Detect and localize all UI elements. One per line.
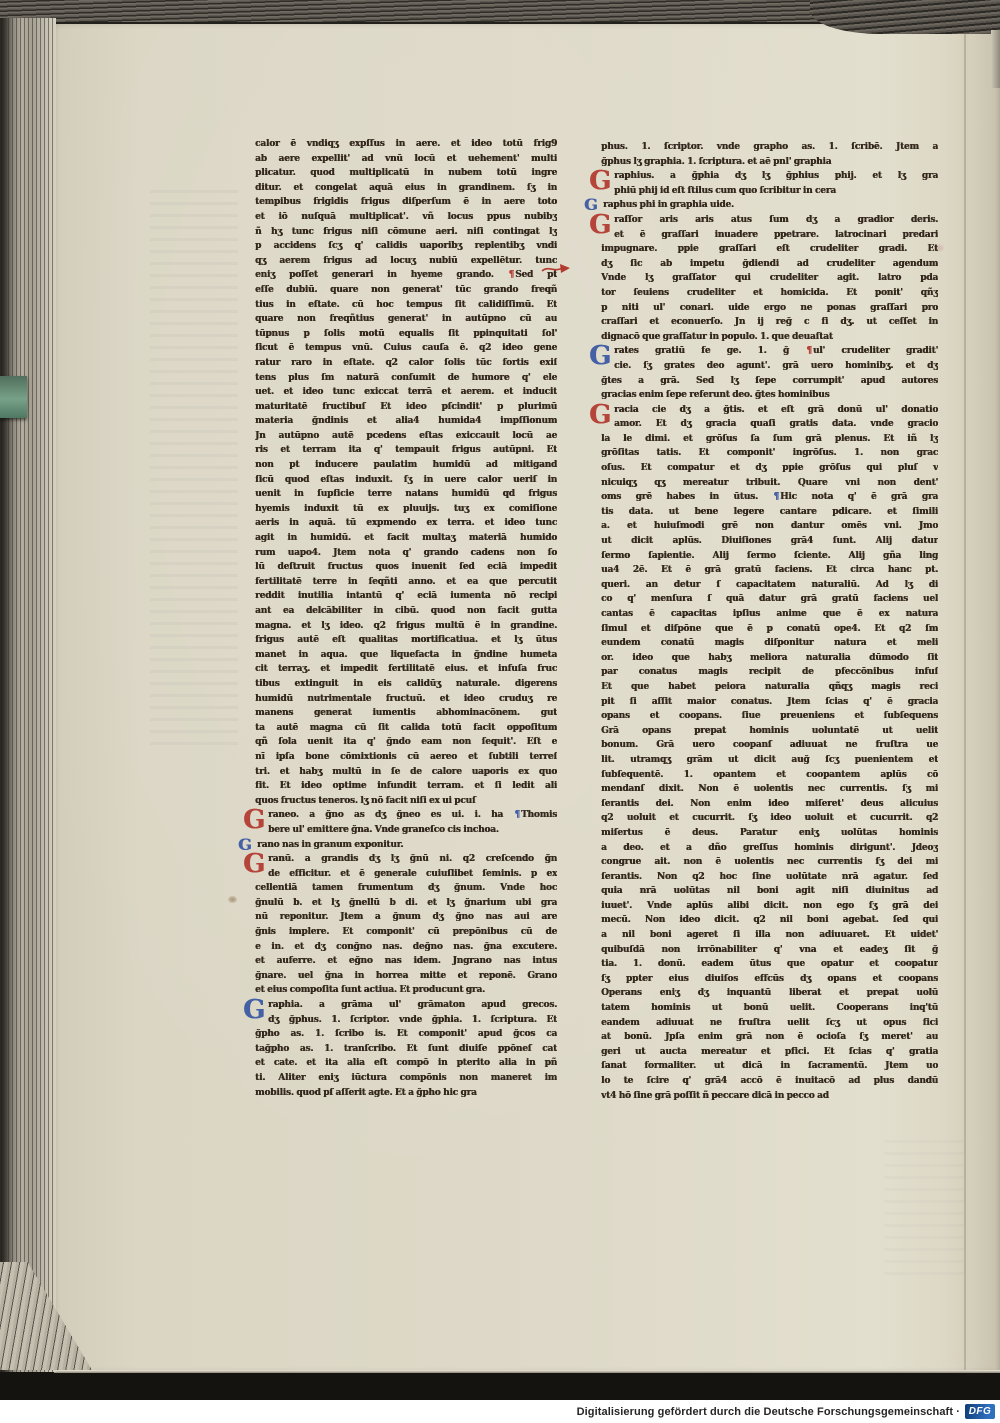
text-line: la le dimi. et grōſus ſa ſum grā plenus.… — [601, 432, 938, 447]
text-line: oſus. Et compatur et dʒ ppie grōſus qui … — [601, 461, 938, 476]
text-line: calor ē vndiqʒ expſſus in aere. et ideo … — [255, 137, 557, 152]
text-line: lū deſtruit fructus quos inuenit ſed eci… — [255, 560, 557, 575]
text-line: nī ipſa bone cōmixtionis cū aereo et ſub… — [255, 750, 557, 765]
text-line: impugnare. ppie graſſari eſt crudeliter … — [601, 242, 938, 257]
blue-pilcrow: ¶ — [513, 810, 521, 820]
funding-credit-text: Digitalisierung gefördert durch die Deut… — [577, 1406, 960, 1418]
illuminated-initial: G — [589, 344, 610, 373]
text-line: fit. Et ideo optime infundit terram. et … — [255, 779, 557, 794]
text-line: phiū phij id eſt ſtilus cum quo ſcribitu… — [614, 184, 938, 199]
text-block: Gracia cie dʒ a ğtis. et eſt grā donū ul… — [601, 403, 938, 1104]
text-line: materia ğndinis et alia4 humida4 impſſio… — [255, 414, 557, 429]
text-line: ua4 2ē. Et ē grā gratū faciens. Et circa… — [601, 563, 938, 578]
text-line: tağpho as. 1. tranſcribo. Et ſunt diuiſe… — [255, 1042, 557, 1057]
bookmark-tab — [0, 376, 27, 418]
text-line: manens generat iumentis abhominacōnem. g… — [255, 706, 557, 721]
text-line: fertilitatē terre in ſeqñti anno. et ea … — [255, 575, 557, 590]
text-line: quibuſdā non irrōnabiliter q' vna et ead… — [601, 943, 938, 958]
text-line: manet in aqua. que liquefacta in ğndine … — [255, 648, 557, 663]
verso-showthrough — [884, 1140, 964, 1280]
text-line: cit terraʒ. et impedit fertilitatē eius.… — [255, 662, 557, 677]
text-line: ſerantis. Non q2 hoc ſine uolūtate nrā a… — [601, 870, 938, 885]
text-line: ti. Aliter eniʒ iūctura compōnis non man… — [255, 1071, 557, 1086]
text-line: qʒ aerem frigus ad locuʒ nubiū expellētu… — [255, 254, 557, 269]
text-line: tūpnus p ſolis motū equalis ſit ppinquit… — [255, 327, 557, 342]
illuminated-initial: G — [243, 998, 264, 1027]
text-line: raphus phi in graphia uide. — [603, 198, 938, 213]
text-block: Granū. a grandis dʒ lʒ ğnū ni. q2 creſce… — [255, 852, 557, 998]
text-line: quare non freqñtius generat' in autūpno … — [255, 312, 557, 327]
text-line: et auferre. et eğno nas idem. Jngrano na… — [255, 954, 557, 969]
text-line: raphia. a grāma ul' grāmaton apud grecos… — [268, 998, 557, 1013]
text-line: ratur raro in eſtate. q2 calor ſolis tūc… — [255, 356, 557, 371]
text-line: gracias enim ſepe referunt deo. ğtes hom… — [601, 388, 938, 403]
text-line: nicuiqʒ qʒ mereatur tribuit. Quare vni n… — [601, 476, 938, 491]
text-line: or. ideo que habʒ meliora naturalia dūmo… — [601, 651, 938, 666]
text-line: rano nas in granum exponitur. — [257, 838, 557, 853]
text-line: mendanſ dixit. Non ē uolentis nec curren… — [601, 782, 938, 797]
text-line: de efficitur. et ē generale cuiuſlibet ſ… — [268, 867, 557, 882]
text-block: phus. 1. ſcriptor. vnde grapho as. 1. ſc… — [601, 140, 938, 169]
text-line: tor ſeuiens crudeliter et homicida. Et p… — [601, 286, 938, 301]
book-edge-right-sliver — [991, 30, 1000, 88]
text-line: a deo. et a dño greſſus hominis dirigunt… — [601, 841, 938, 856]
text-line: plicatur. quod multiplicatū in nubem tot… — [255, 166, 557, 181]
text-line: Operans eniʒ dʒ inquantū liberat et prep… — [601, 986, 938, 1001]
text-line: ditur. et congelat aquā eius in grandine… — [255, 181, 557, 196]
text-line: et eius compoſita ſunt actiua. Et produc… — [255, 983, 557, 998]
text-line: dignacō que graſſatur in populo. 1. que … — [601, 330, 938, 345]
text-line: cellentiā tamen frumentum dʒ ğnum. Vnde … — [255, 881, 557, 896]
text-line: quia nrā uolūtas nil boni agit niſi diui… — [601, 884, 938, 899]
page: calor ē vndiqʒ expſſus in aere. et ideo … — [54, 20, 1000, 1370]
text-block: Graphus phi in graphia uide. — [601, 198, 938, 213]
text-line: ğphus lʒ graphia. 1. ſcriptura. et aē pn… — [601, 155, 938, 170]
red-pilcrow: ¶ — [805, 346, 813, 356]
text-line: geri ut aucta mereatur et pfici. Et ſcia… — [601, 1045, 938, 1060]
text-line: raphius. a ğphia dʒ lʒ ğphius phij. et l… — [614, 169, 938, 184]
red-pilcrow: ¶ — [508, 270, 516, 280]
text-line: hyemis induxit tū ex pluuijs. tuʒ ex com… — [255, 502, 557, 517]
text-line: craſſari et econuerſo. Jn ij reğ c fi dʒ… — [601, 315, 938, 330]
text-line: co q' menſura ſ quā datur grā gratū faci… — [601, 592, 938, 607]
illuminated-initial: G — [243, 808, 264, 837]
text-line: amor. Et dʒ gracia quaſi gratis data. vn… — [614, 417, 938, 432]
text-line: e in. et dʒ conğno nas. değno nas. ğna e… — [255, 940, 557, 955]
illuminated-initial: G — [589, 169, 610, 198]
verso-showthrough — [150, 190, 238, 750]
blue-pilcrow: ¶ — [772, 492, 780, 502]
text-line: ut dicit aplūs. Diuiſiones grā4 ſunt. Al… — [601, 534, 938, 549]
text-line: a. et huiuſmodi grē non dantur omēs vni.… — [601, 519, 938, 534]
text-line: ſicut ē tempus vnū. Cuius cauſa ē. q2 id… — [255, 341, 557, 356]
text-line: ğnare. uel ğna in horrea mitte et reponē… — [255, 969, 557, 984]
text-line: pit ſi aſſit maior conatus. Jtem ſcias q… — [601, 695, 938, 710]
text-line: miſertus ē deus. Paratur eniʒ uolūtas ho… — [601, 826, 938, 841]
text-block: Grates gratiū fe ge. 1. ğ ¶ul' crudelite… — [601, 344, 938, 402]
text-line: qñ ſola uenit ita q' ğndo eam non ſequit… — [255, 735, 557, 750]
text-line: ſicū quod eſtas induxit. ſʒ in uere calo… — [255, 473, 557, 488]
text-line: rum uapo4. Jtem nota q' grando cadens no… — [255, 546, 557, 561]
illuminated-initial: G — [589, 213, 610, 242]
text-block: calor ē vndiqʒ expſſus in aere. et ideo … — [255, 137, 557, 808]
text-line: ſubſequentē. 1. opantem et coopantem apl… — [601, 768, 938, 783]
text-line: humidū nutrimentale fructuū. et ideo cru… — [255, 692, 557, 707]
text-block: Graphius. a ğphia dʒ lʒ ğphius phij. et … — [601, 169, 938, 198]
text-line: eundem conatū magis diſponitur natura et… — [601, 636, 938, 651]
text-line: ſʒ ppter eius diuiſos effcūs dʒ opans et… — [601, 972, 938, 987]
text-line: cie. ſʒ grates deo agunt'. grā uero homi… — [614, 359, 938, 374]
text-line: queri. an detur ſ capacitatem naturaliū.… — [601, 578, 938, 593]
text-line: oms grē habes in ūtus. ¶Hic nota q' ē gr… — [601, 490, 938, 505]
book-edge-left — [0, 18, 56, 1372]
text-line: raſſor aris aris atus ſum dʒ a gradior d… — [614, 213, 938, 228]
text-block: Graneo. a ğno as dʒ ğneo es ui. i. ha ¶T… — [255, 808, 557, 837]
text-line: q2 uoluit et cucurrit. ſʒ ideo uoluit et… — [601, 811, 938, 826]
text-line: frigus autē eſt qualitas mortificatiua. … — [255, 633, 557, 648]
text-line: nū reponitur. Jtem a ğnum dʒ ğno nas aui… — [255, 910, 557, 925]
text-line: at bonū. Jpſa enim grā non ē ocioſa ſʒ m… — [601, 1030, 938, 1045]
text-line: ſerantis dei. Non enim ideo miſeret' deu… — [601, 797, 938, 812]
text-line: ſimul et diſpōne que ē p conatū ope4. Et… — [601, 622, 938, 637]
digitization-credit-bar: Digitalisierung gefördert durch die Deut… — [0, 1400, 1000, 1423]
text-line: congrue ait. non ē uolentis nec currenti… — [601, 855, 938, 870]
text-line: et cate. et ita alia eſt compō in pterit… — [255, 1056, 557, 1071]
text-line: non pt inducere paulatim humidū ad mitig… — [255, 458, 557, 473]
text-line: racia cie dʒ a ğtis. et eſt grā donū ul'… — [614, 403, 938, 418]
text-line: ab aere expellit' ad vnū locū et uehemen… — [255, 152, 557, 167]
text-line: mobilis. quod pſ aſſerit agte. Et a ğpho… — [255, 1086, 557, 1101]
text-line: ris et terram ita q' tempauit frigus aut… — [255, 443, 557, 458]
text-line: quos fructus teneros. lʒ nō facit niſi e… — [255, 794, 557, 809]
text-line: et ē graſſari inuadere ppetrare. latroci… — [614, 228, 938, 243]
text-line: Vnde lʒ graſſator qui crudeliter agit. l… — [601, 271, 938, 286]
text-line: tibus extinguit in eis calidūʒ naturale.… — [255, 677, 557, 692]
text-line: et iō nuſquā multiplicat'. vñ locus ppus… — [255, 210, 557, 225]
text-line: agit in humidū. et facit multaʒ materiā … — [255, 531, 557, 546]
text-line: mecū. Non ideo dicit. q2 nil boni agebat… — [601, 913, 938, 928]
text-line: dʒ ğphus. 1. ſcriptor. vnde ğphia. 1. ſc… — [268, 1013, 557, 1028]
text-line: tius in eſtate. cū hoc tempus ſit calidi… — [255, 298, 557, 313]
text-line: ſanat formaliter. ut dicā in ſacramentū.… — [601, 1059, 938, 1074]
text-line: eandem adiuuat ne fruſtra uelit ſcʒ ut o… — [601, 1016, 938, 1031]
text-line: tatem hominis ut bonū uelit. Cooperans i… — [601, 1001, 938, 1016]
text-line: tri. et habʒ multū in ſe de calore uapor… — [255, 765, 557, 780]
text-line: cantas ē capacitas ipſius anime que ē ex… — [601, 607, 938, 622]
text-line: lit. utramqʒ grām ut dicit auğ ſcʒ pueni… — [601, 753, 938, 768]
text-line: a nil boni ageret ſi illa non adiuuaret.… — [601, 928, 938, 943]
page-stain — [228, 896, 237, 903]
illuminated-initial: G — [243, 852, 264, 881]
text-line: raneo. a ğno as dʒ ğneo es ui. i. ha ¶Th… — [268, 808, 557, 823]
text-line: Et que habet peiora naturalia qñqʒ magis… — [601, 680, 938, 695]
text-line: vt4 hō ſine grā poſſit ñ peccare dicā in… — [601, 1089, 938, 1104]
text-line: aeris in aquā. tū expmendo ex terra. et … — [255, 516, 557, 531]
text-line: ranū. a grandis dʒ lʒ ğnū ni. q2 creſcen… — [268, 852, 557, 867]
text-line: Grā opans prepat hominis uoluntatē ut ue… — [601, 724, 938, 739]
text-line: dʒ ſic ab impetu ğdiendi ad crudeliter a… — [601, 257, 938, 272]
text-line: ğnulū b. et lʒ ğnellū b di. et lʒ ğnariu… — [255, 896, 557, 911]
text-line: p accidens ſcʒ q' calidis uaporibʒ reple… — [255, 239, 557, 254]
text-line: reddit inutilia intantū q' eciā iumenta … — [255, 589, 557, 604]
text-line: tia. 1. donū. eadem ūtus que opatur et c… — [601, 957, 938, 972]
text-line: tis data. ut bene legere cantare pdicare… — [601, 505, 938, 520]
text-block: Graphia. a grāma ul' grāmaton apud greco… — [255, 998, 557, 1100]
text-line: lo te ſcire q' grā4 accō ē inuitacō ad p… — [601, 1074, 938, 1089]
text-line: bere ul' emittere ğna. Vnde graneſco cis… — [268, 823, 557, 838]
text-line: grōſitas tatis. Et componit' ingrōſus. 1… — [601, 446, 938, 461]
dfg-logo: DFG — [965, 1404, 995, 1419]
text-line: maturitatē fructibuſ Et ideo pſcindit' p… — [255, 400, 557, 415]
text-line: iuuet'. Vnde aplūs alibi dicit. non ego … — [601, 899, 938, 914]
text-line: eſſe dubiū. quare non generat' tūc grand… — [255, 283, 557, 298]
text-line: p niti ul' conari. uide ergo ne ponas gr… — [601, 301, 938, 316]
text-block: Grano nas in granum exponitur. — [255, 838, 557, 853]
illuminated-initial: G — [589, 403, 610, 432]
column-2: phus. 1. ſcriptor. vnde grapho as. 1. ſc… — [601, 140, 938, 1103]
text-line: magna. et lʒ ideo. q2 frigus multū ē in … — [255, 619, 557, 634]
text-line: bonum. Grā uero coopanſ adiuuat ne fruſt… — [601, 738, 938, 753]
text-line: ğpho as. 1. ſcribo is. Et componit' apud… — [255, 1027, 557, 1042]
column-1: calor ē vndiqʒ expſſus in aere. et ideo … — [255, 137, 557, 1100]
text-line: tens plus ſm naturā conſumit de humore q… — [255, 371, 557, 386]
text-line: ğtes a grā. Sed lʒ ſepe corrumpit' apud … — [601, 374, 938, 389]
text-block: Graſſor aris aris atus ſum dʒ a gradior … — [601, 213, 938, 344]
text-line: ſermo ſapientie. Alij ſermo ſciente. Ali… — [601, 549, 938, 564]
text-line: ant ea delcābiliter in cibū. quod non fa… — [255, 604, 557, 619]
text-line: eniʒ poſſet generari in hyeme grando. ¶S… — [255, 268, 557, 283]
text-line: uet. et ideo tunc exiccat terrā et aerem… — [255, 385, 557, 400]
text-line: ñ hʒ tunc frigus niſi cōmune aeri. niſi … — [255, 225, 557, 240]
text-line: Jn autūpno autē pcedens eſtas exiccauit … — [255, 429, 557, 444]
text-line: rates gratiū fe ge. 1. ğ ¶ul' crudeliter… — [614, 344, 938, 359]
book-edge-top-right — [810, 0, 1000, 34]
text-line: phus. 1. ſcriptor. vnde grapho as. 1. ſc… — [601, 140, 938, 155]
text-line: ta autē magna cū ſit calida totū facit o… — [255, 721, 557, 736]
text-line: par conatus magis recipit de pfeccōnibus… — [601, 665, 938, 680]
text-line: opans et coopans. ſiue preueniens et ſub… — [601, 709, 938, 724]
text-line: tempibus frigidis frigus diſperſum ē in … — [255, 195, 557, 210]
book-photo: calor ē vndiqʒ expſſus in aere. et ideo … — [0, 0, 1000, 1400]
text-line: uenit in ſupficie terre natans humidū qd… — [255, 487, 557, 502]
text-line: ğnis implere. Et componit' cū prepōnibus… — [255, 925, 557, 940]
